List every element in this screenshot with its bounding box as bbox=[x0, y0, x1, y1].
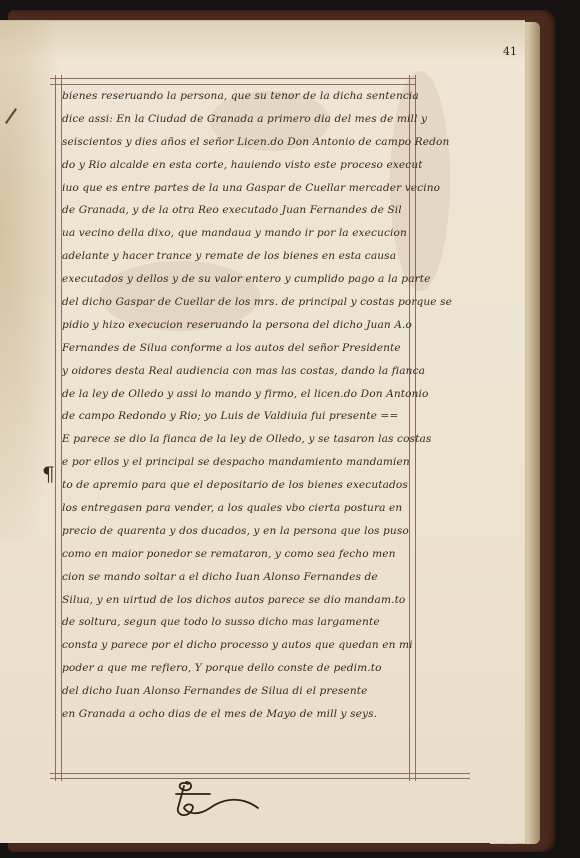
text-line: do y Rio alcalde en esta corte, hauiendo… bbox=[62, 154, 454, 177]
text-line: de la ley de Olledo y assi lo mando y fi… bbox=[62, 383, 454, 406]
text-line: ua vecino della dixo, que mandaua y mand… bbox=[62, 222, 454, 245]
text-line: del dicho Iuan Alonso Fernandes de Silua… bbox=[62, 680, 454, 703]
text-line: pidio y hizo execucion reseruando la per… bbox=[62, 314, 454, 337]
text-line: precio de quarenta y dos ducados, y en l… bbox=[62, 520, 454, 543]
text-line: bienes reseruando la persona, que su ten… bbox=[62, 85, 454, 108]
text-line: los entregasen para vender, a los quales… bbox=[62, 497, 454, 520]
text-line: de campo Redondo y Rio; yo Luis de Valdi… bbox=[62, 405, 454, 428]
text-line: de Granada, y de la otra Reo executado J… bbox=[62, 199, 454, 222]
top-stain bbox=[0, 21, 525, 61]
text-line: de soltura, segun que todo lo susso dich… bbox=[62, 611, 454, 634]
text-line: adelante y hacer trance y remate de los … bbox=[62, 245, 454, 268]
text-line: cion se mando soltar a el dicho Iuan Alo… bbox=[62, 566, 454, 589]
paragraph-mark-icon: ¶ bbox=[42, 462, 55, 486]
text-line: Fernandes de Silua conforme a los autos … bbox=[62, 337, 454, 360]
text-line: iuo que es entre partes de la una Gaspar… bbox=[62, 177, 454, 200]
text-line: y oidores desta Real audiencia con mas l… bbox=[62, 360, 454, 383]
folio-number: 41 bbox=[503, 45, 517, 58]
text-line: dice assi: En la Ciudad de Granada a pri… bbox=[62, 108, 454, 131]
text-line: del dicho Gaspar de Cuellar de los mrs. … bbox=[62, 291, 454, 314]
text-line: en Granada a ocho dias de el mes de Mayo… bbox=[62, 703, 454, 726]
text-line: poder a que me refiero, Y porque dello c… bbox=[62, 657, 454, 680]
text-line: to de apremio para que el depositario de… bbox=[62, 474, 454, 497]
signature-rubric-icon bbox=[158, 778, 268, 824]
text-line: E parece se dio la fianca de la ley de O… bbox=[62, 428, 454, 451]
frame-bottom-rule bbox=[50, 773, 470, 774]
frame-left-rule bbox=[55, 75, 56, 781]
text-line: e por ellos y el principal se despacho m… bbox=[62, 451, 454, 474]
text-line: como en maior ponedor se remataron, y co… bbox=[62, 543, 454, 566]
text-line: executados y dellos y de su valor entero… bbox=[62, 268, 454, 291]
text-line: seiscientos y dies años el señor Licen.d… bbox=[62, 131, 454, 154]
frame-top-rule bbox=[50, 78, 416, 79]
text-line: Silua, y en uirtud de los dichos autos p… bbox=[62, 589, 454, 612]
text-line: consta y parece por el dicho processo y … bbox=[62, 634, 454, 657]
manuscript-text: bienes reseruando la persona, que su ten… bbox=[62, 85, 454, 726]
